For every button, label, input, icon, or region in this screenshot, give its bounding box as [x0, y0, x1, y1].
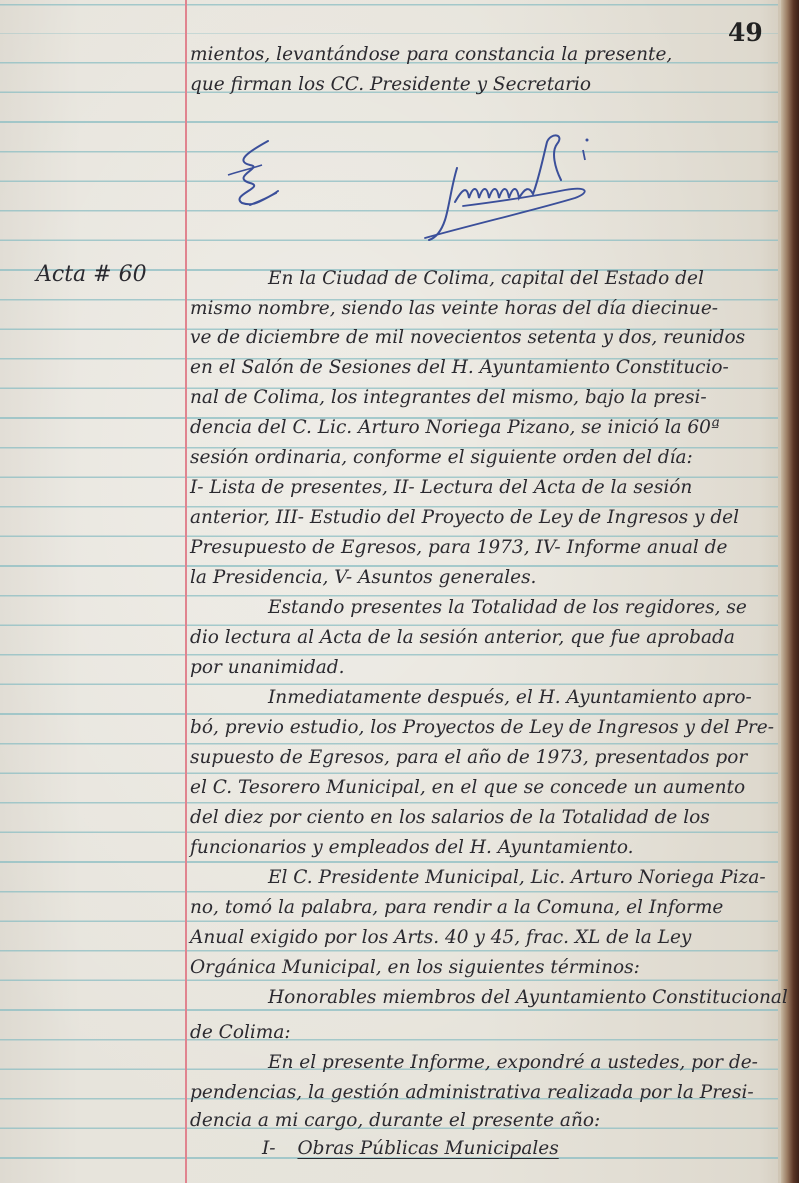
red-margin-line: [185, 0, 187, 1183]
body-line: bó, previo estudio, los Proyectos de Ley…: [190, 717, 774, 738]
body-line: En el presente Informe, expondré a usted…: [268, 1052, 758, 1073]
body-line: I- Lista de presentes, II- Lectura del A…: [190, 477, 692, 498]
body-line: Honorables miembros del Ayuntamiento Con…: [268, 987, 788, 1008]
section-numeral: I-: [262, 1138, 276, 1159]
section-heading: I- Obras Públicas Municipales: [262, 1138, 559, 1159]
body-line: Anual exigido por los Arts. 40 y 45, fra…: [190, 927, 691, 948]
body-line: dencia del C. Lic. Arturo Noriega Pizano…: [190, 417, 720, 438]
body-line: sesión ordinaria, conforme el siguiente …: [190, 447, 693, 468]
body-line: en el Salón de Sesiones del H. Ayuntamie…: [190, 357, 729, 378]
body-line: supuesto de Egresos, para el año de 1973…: [190, 747, 747, 768]
body-line: ve de diciembre de mil novecientos seten…: [190, 327, 745, 348]
body-line: el C. Tesorero Municipal, en el que se c…: [190, 777, 745, 798]
body-line: dencia a mi cargo, durante el presente a…: [190, 1110, 600, 1131]
body-line: de Colima:: [190, 1022, 291, 1043]
body-line: pendencias, la gestión administrativa re…: [190, 1082, 754, 1103]
body-line: En la Ciudad de Colima, capital del Esta…: [268, 268, 704, 289]
body-line: no, tomó la palabra, para rendir a la Co…: [190, 897, 723, 918]
margin-note-acta-number: Acta # 60: [36, 262, 147, 287]
body-line: Presupuesto de Egresos, para 1973, IV- I…: [190, 537, 727, 558]
signature-secretary: [220, 135, 330, 215]
body-line: El C. Presidente Municipal, Lic. Arturo …: [268, 867, 766, 888]
body-line: Inmediatamente después, el H. Ayuntamien…: [268, 687, 752, 708]
body-line: Estando presentes la Totalidad de los re…: [268, 597, 747, 618]
body-line: dio lectura al Acta de la sesión anterio…: [190, 627, 735, 648]
signature-president: [415, 128, 615, 243]
page-number: 49: [728, 18, 763, 47]
body-line: anterior, III- Estudio del Proyecto de L…: [190, 507, 739, 528]
ledger-page: 49 mientos, levantándose para constancia…: [0, 0, 799, 1183]
body-line: la Presidencia, V- Asuntos generales.: [190, 567, 536, 588]
body-line: nal de Colima, los integrantes del mismo…: [190, 387, 707, 408]
body-line: por unanimidad.: [190, 657, 344, 678]
section-title: Obras Públicas Municipales: [297, 1138, 558, 1159]
body-line: mismo nombre, siendo las veinte horas de…: [190, 298, 718, 319]
body-line: funcionarios y empleados del H. Ayuntami…: [190, 837, 634, 858]
body-line: del diez por ciento en los salarios de l…: [190, 807, 710, 828]
closing-line: mientos, levantándose para constancia la…: [190, 44, 672, 65]
closing-line: que firman los CC. Presidente y Secretar…: [190, 74, 591, 95]
body-line: Orgánica Municipal, en los siguientes té…: [190, 957, 640, 978]
